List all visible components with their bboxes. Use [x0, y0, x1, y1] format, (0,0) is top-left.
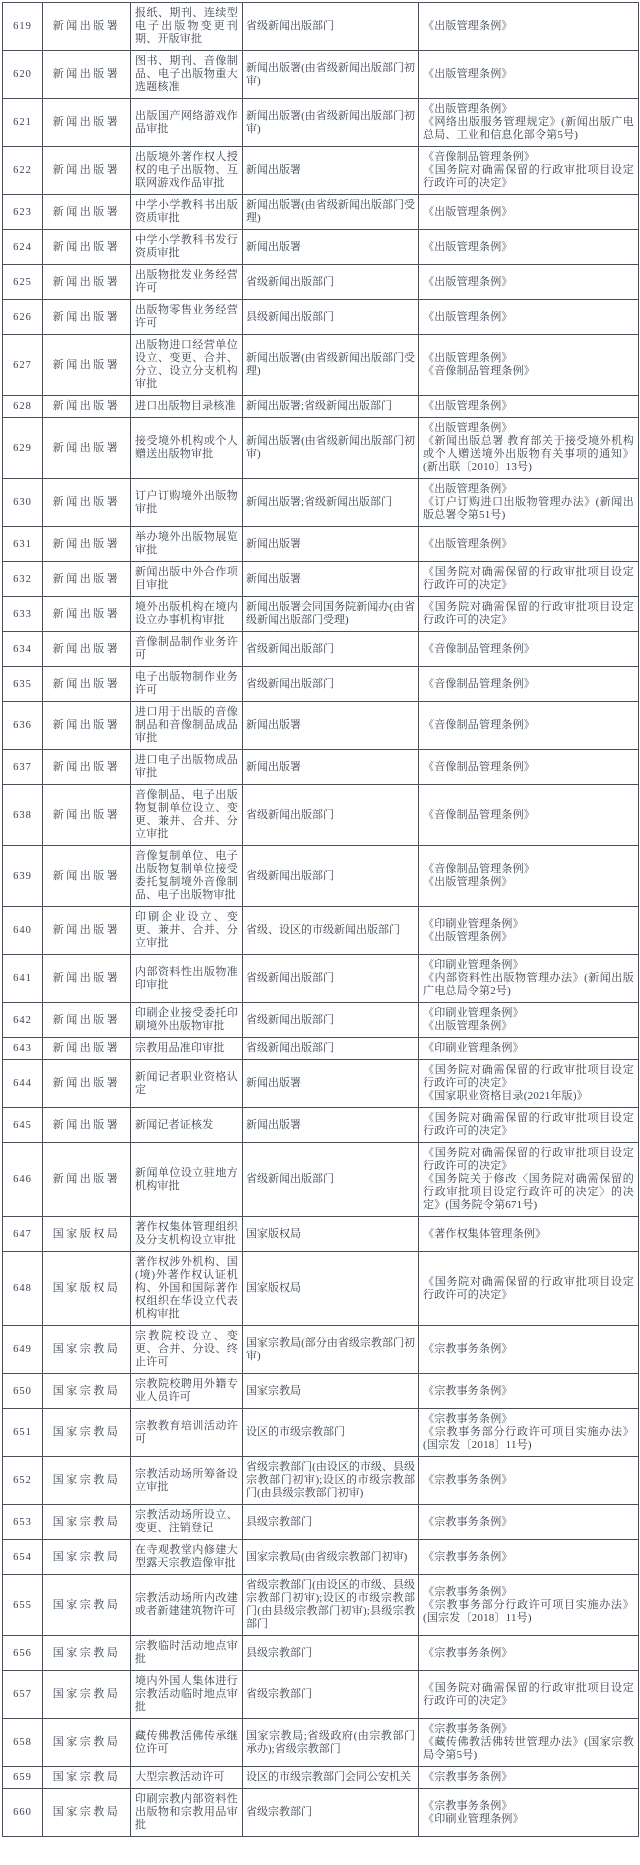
cell-legal-basis: 《国务院对确需保留的行政审批项目设定行政许可的决定》 — [419, 1108, 639, 1143]
cell-implementing-authority: 新闻出版署(由省级新闻出版部门受理) — [243, 195, 419, 230]
legal-basis-entry: 《出版管理条例》 — [423, 931, 634, 944]
cell-seq-number: 620 — [3, 51, 43, 99]
cell-legal-basis: 《宗教事务条例》《藏传佛教活佛转世管理办法》(国家宗教局令第5号) — [419, 1719, 639, 1767]
cell-implementing-authority: 县级新闻出版部门 — [243, 300, 419, 335]
legal-basis-entry: 《出版管理条例》 — [423, 1020, 634, 1033]
cell-implementing-authority: 设区的市级宗教部门会同公安机关 — [243, 1767, 419, 1789]
legal-basis-entry: 《藏传佛教活佛转世管理办法》(国家宗教局令第5号) — [423, 1736, 634, 1762]
cell-implementing-authority: 设区的市级宗教部门 — [243, 1409, 419, 1457]
legal-basis-entry: 《国务院对确需保留的行政审批项目设定行政许可的决定》 — [423, 1276, 634, 1302]
table-row: 639新闻出版署音像复制单位、电子出版物复制单位接受委托复制境外音像制品、电子出… — [3, 846, 639, 907]
table-row: 628新闻出版署进口出版物目录核准新闻出版署;省级新闻出版部门《出版管理条例》 — [3, 396, 639, 418]
legal-basis-entry: 《宗教事务条例》 — [423, 1516, 634, 1529]
document-page: 619新闻出版署报纸、期刊、连续型电子出版物变更刊期、开版审批省级新闻出版部门《… — [0, 0, 640, 1839]
table-row: 638新闻出版署音像制品、电子出版物复制单位设立、变更、兼并、合并、分立审批省级… — [3, 785, 639, 846]
cell-item-name: 订户订购境外出版物审批 — [131, 479, 243, 527]
cell-department: 新闻出版署 — [43, 230, 131, 265]
cell-item-name: 在寺观教堂内修建大型露天宗教造像审批 — [131, 1540, 243, 1575]
legal-basis-entry: 《印刷业管理条例》 — [423, 918, 634, 931]
cell-item-name: 大型宗教活动许可 — [131, 1767, 243, 1789]
cell-department: 国家宗教局 — [43, 1326, 131, 1374]
legal-basis-entry: 《宗教事务条例》 — [423, 1723, 634, 1736]
cell-implementing-authority: 新闻出版署(由省级新闻出版部门初审) — [243, 418, 419, 479]
cell-department: 新闻出版署 — [43, 562, 131, 597]
cell-department: 新闻出版署 — [43, 955, 131, 1003]
cell-seq-number: 649 — [3, 1326, 43, 1374]
cell-legal-basis: 《音像制品管理条例》 — [419, 750, 639, 785]
legal-basis-entry: 《宗教事务部分行政许可项目实施办法》(国宗发〔2018〕11号) — [423, 1426, 634, 1452]
cell-department: 新闻出版署 — [43, 396, 131, 418]
table-row: 659国家宗教局大型宗教活动许可设区的市级宗教部门会同公安机关《宗教事务条例》 — [3, 1767, 639, 1789]
cell-seq-number: 642 — [3, 1003, 43, 1038]
legal-basis-entry: 《宗教事务条例》 — [423, 1586, 634, 1599]
cell-legal-basis: 《国务院对确需保留的行政审批项目设定行政许可的决定》 — [419, 597, 639, 632]
table-row: 655国家宗教局宗教活动场所内改建或者新建建筑物许可省级宗教部门(由设区的市级、… — [3, 1575, 639, 1636]
table-row: 646新闻出版署新闻单位设立驻地方机构审批省级新闻出版部门《国务院对确需保留的行… — [3, 1143, 639, 1217]
cell-legal-basis: 《出版管理条例》 — [419, 527, 639, 562]
cell-seq-number: 623 — [3, 195, 43, 230]
cell-item-name: 印刷宗教内部资料性出版物和宗教用品审批 — [131, 1789, 243, 1837]
cell-department: 新闻出版署 — [43, 1003, 131, 1038]
legal-basis-entry: 《宗教事务条例》 — [423, 1800, 634, 1813]
legal-basis-entry: 《出版管理条例》 — [423, 400, 634, 413]
cell-legal-basis: 《宗教事务条例》《宗教事务部分行政许可项目实施办法》(国宗发〔2018〕11号) — [419, 1409, 639, 1457]
cell-legal-basis: 《音像制品管理条例》《出版管理条例》 — [419, 846, 639, 907]
cell-legal-basis: 《出版管理条例》 — [419, 300, 639, 335]
cell-seq-number: 644 — [3, 1060, 43, 1108]
cell-item-name: 出版国产网络游戏作品审批 — [131, 99, 243, 147]
cell-legal-basis: 《出版管理条例》 — [419, 195, 639, 230]
cell-legal-basis: 《音像制品管理条例》 — [419, 702, 639, 750]
cell-item-name: 图书、期刊、音像制品、电子出版物重大选题核准 — [131, 51, 243, 99]
cell-department: 新闻出版署 — [43, 1060, 131, 1108]
legal-basis-entry: 《出版管理条例》 — [423, 422, 634, 435]
cell-legal-basis: 《著作权集体管理条例》 — [419, 1217, 639, 1252]
cell-legal-basis: 《宗教事务条例》 — [419, 1457, 639, 1505]
cell-seq-number: 647 — [3, 1217, 43, 1252]
cell-implementing-authority: 国家宗教局 — [243, 1374, 419, 1409]
cell-department: 新闻出版署 — [43, 632, 131, 667]
cell-legal-basis: 《出版管理条例》 — [419, 396, 639, 418]
cell-legal-basis: 《音像制品管理条例》 — [419, 667, 639, 702]
cell-legal-basis: 《印刷业管理条例》《内部资料性出版物管理办法》(新闻出版广电总局令第2号) — [419, 955, 639, 1003]
cell-legal-basis: 《宗教事务条例》 — [419, 1374, 639, 1409]
cell-legal-basis: 《印刷业管理条例》《出版管理条例》 — [419, 1003, 639, 1038]
legal-basis-entry: 《宗教事务条例》 — [423, 1413, 634, 1426]
cell-implementing-authority: 国家宗教局(部分由省级宗教部门初审) — [243, 1326, 419, 1374]
table-row: 623新闻出版署中学小学教科书出版资质审批新闻出版署(由省级新闻出版部门受理)《… — [3, 195, 639, 230]
legal-basis-entry: 《订户订购进口出版物管理办法》(新闻出版总署令第51号) — [423, 496, 634, 522]
cell-legal-basis: 《宗教事务条例》 — [419, 1540, 639, 1575]
cell-legal-basis: 《宗教事务条例》《宗教事务部分行政许可项目实施办法》(国宗发〔2018〕11号) — [419, 1575, 639, 1636]
cell-legal-basis: 《音像制品管理条例》 — [419, 785, 639, 846]
table-row: 654国家宗教局在寺观教堂内修建大型露天宗教造像审批国家宗教局(由省级宗教部门初… — [3, 1540, 639, 1575]
legal-basis-entry: 《国务院对确需保留的行政审批项目设定行政许可的决定》 — [423, 1112, 634, 1138]
legal-basis-entry: 《宗教事务条例》 — [423, 1385, 634, 1398]
cell-item-name: 印刷企业设立、变更、兼并、合并、分立审批 — [131, 907, 243, 955]
cell-implementing-authority: 新闻出版署 — [243, 750, 419, 785]
table-row: 658国家宗教局藏传佛教活佛传承继位许可国家宗教局;省级政府(由宗教部门承办);… — [3, 1719, 639, 1767]
cell-item-name: 印刷企业接受委托印刷境外出版物审批 — [131, 1003, 243, 1038]
table-row: 652国家宗教局宗教活动场所筹备设立审批省级宗教部门(由设区的市级、县级宗教部门… — [3, 1457, 639, 1505]
legal-basis-entry: 《音像制品管理条例》 — [423, 863, 634, 876]
cell-department: 新闻出版署 — [43, 1038, 131, 1060]
legal-basis-entry: 《国务院对确需保留的行政审批项目设定行政许可的决定》 — [423, 1682, 634, 1708]
cell-department: 新闻出版署 — [43, 667, 131, 702]
legal-basis-entry: 《出版管理条例》 — [423, 483, 634, 496]
cell-seq-number: 641 — [3, 955, 43, 1003]
cell-item-name: 进口出版物目录核准 — [131, 396, 243, 418]
table-row: 627新闻出版署出版物进口经营单位设立、变更、合并、分立、设立分支机构审批新闻出… — [3, 335, 639, 396]
cell-seq-number: 627 — [3, 335, 43, 396]
table-row: 657国家宗教局境内外国人集体进行宗教活动临时地点审批省级宗教部门《国务院对确需… — [3, 1671, 639, 1719]
cell-implementing-authority: 新闻出版署 — [243, 230, 419, 265]
table-row: 648国家版权局著作权涉外机构、国(境)外著作权认证机构、外国和国际著作权组织在… — [3, 1252, 639, 1326]
cell-item-name: 新闻单位设立驻地方机构审批 — [131, 1143, 243, 1217]
cell-item-name: 新闻出版中外合作项目审批 — [131, 562, 243, 597]
legal-basis-entry: 《新闻出版总署 教育部关于接受境外机构或个人赠送境外出版物有关事项的通知》(新出… — [423, 435, 634, 474]
cell-implementing-authority: 省级新闻出版部门 — [243, 785, 419, 846]
cell-legal-basis: 《出版管理条例》《音像制品管理条例》 — [419, 335, 639, 396]
cell-department: 新闻出版署 — [43, 750, 131, 785]
cell-implementing-authority: 国家宗教局(由省级宗教部门初审) — [243, 1540, 419, 1575]
cell-implementing-authority: 新闻出版署 — [243, 527, 419, 562]
cell-item-name: 进口电子出版物成品审批 — [131, 750, 243, 785]
cell-department: 新闻出版署 — [43, 99, 131, 147]
cell-seq-number: 629 — [3, 418, 43, 479]
cell-seq-number: 658 — [3, 1719, 43, 1767]
cell-implementing-authority: 新闻出版署 — [243, 1060, 419, 1108]
cell-implementing-authority: 新闻出版署会同国务院新闻办(由省级新闻出版部门受理) — [243, 597, 419, 632]
cell-seq-number: 646 — [3, 1143, 43, 1217]
cell-seq-number: 643 — [3, 1038, 43, 1060]
cell-department: 新闻出版署 — [43, 51, 131, 99]
legal-basis-entry: 《印刷业管理条例》 — [423, 1042, 634, 1055]
cell-item-name: 中学小学教科书出版资质审批 — [131, 195, 243, 230]
cell-seq-number: 622 — [3, 147, 43, 195]
table-row: 643新闻出版署宗教用品准印审批省级新闻出版部门《印刷业管理条例》 — [3, 1038, 639, 1060]
cell-department: 国家宗教局 — [43, 1457, 131, 1505]
cell-item-name: 内部资料性出版物准印审批 — [131, 955, 243, 1003]
table-row: 649国家宗教局宗教院校设立、变更、合并、分设、终止许可国家宗教局(部分由省级宗… — [3, 1326, 639, 1374]
cell-item-name: 宗教院校聘用外籍专业人员许可 — [131, 1374, 243, 1409]
cell-seq-number: 630 — [3, 479, 43, 527]
cell-department: 国家宗教局 — [43, 1575, 131, 1636]
cell-item-name: 音像制品、电子出版物复制单位设立、变更、兼并、合并、分立审批 — [131, 785, 243, 846]
cell-implementing-authority: 省级新闻出版部门 — [243, 1038, 419, 1060]
legal-basis-entry: 《音像制品管理条例》 — [423, 719, 634, 732]
cell-legal-basis: 《音像制品管理条例》《国务院对确需保留的行政审批项目设定行政许可的决定》 — [419, 147, 639, 195]
cell-legal-basis: 《宗教事务条例》 — [419, 1505, 639, 1540]
legal-basis-entry: 《国务院对确需保留的行政审批项目设定行政许可的决定》 — [423, 566, 634, 592]
table-row: 650国家宗教局宗教院校聘用外籍专业人员许可国家宗教局《宗教事务条例》 — [3, 1374, 639, 1409]
cell-seq-number: 657 — [3, 1671, 43, 1719]
table-row: 631新闻出版署举办境外出版物展览审批新闻出版署《出版管理条例》 — [3, 527, 639, 562]
cell-implementing-authority: 新闻出版署;省级新闻出版部门 — [243, 479, 419, 527]
legal-basis-entry: 《国务院对确需保留的行政审批项目设定行政许可的决定》 — [423, 1147, 634, 1173]
cell-legal-basis: 《印刷业管理条例》 — [419, 1038, 639, 1060]
legal-basis-entry: 《宗教事务条例》 — [423, 1343, 634, 1356]
cell-item-name: 著作权集体管理组织及分支机构设立审批 — [131, 1217, 243, 1252]
cell-seq-number: 651 — [3, 1409, 43, 1457]
cell-legal-basis: 《国务院对确需保留的行政审批项目设定行政许可的决定》《国务院关于修改〈国务院对确… — [419, 1143, 639, 1217]
cell-seq-number: 637 — [3, 750, 43, 785]
legal-basis-entry: 《印刷业管理条例》 — [423, 1007, 634, 1020]
cell-implementing-authority: 省级宗教部门 — [243, 1789, 419, 1837]
cell-item-name: 进口用于出版的音像制品和音像制品成品审批 — [131, 702, 243, 750]
cell-implementing-authority: 省级新闻出版部门 — [243, 667, 419, 702]
cell-implementing-authority: 县级宗教部门 — [243, 1505, 419, 1540]
legal-basis-entry: 《宗教事务条例》 — [423, 1647, 634, 1660]
cell-implementing-authority: 省级新闻出版部门 — [243, 3, 419, 51]
cell-item-name: 新闻记者证核发 — [131, 1108, 243, 1143]
cell-seq-number: 656 — [3, 1636, 43, 1671]
legal-basis-entry: 《国务院对确需保留的行政审批项目设定行政许可的决定》 — [423, 1064, 634, 1090]
table-row: 625新闻出版署出版物批发业务经营许可省级新闻出版部门《出版管理条例》 — [3, 265, 639, 300]
cell-item-name: 宗教教育培训活动许可 — [131, 1409, 243, 1457]
cell-seq-number: 659 — [3, 1767, 43, 1789]
cell-seq-number: 660 — [3, 1789, 43, 1837]
cell-implementing-authority: 省级新闻出版部门 — [243, 265, 419, 300]
cell-item-name: 电子出版物制作业务许可 — [131, 667, 243, 702]
legal-basis-entry: 《国务院关于修改〈国务院对确需保留的行政审批项目设定行政许可的决定〉的决定》(国… — [423, 1173, 634, 1212]
cell-legal-basis: 《宗教事务条例》 — [419, 1326, 639, 1374]
cell-item-name: 境外出版机构在境内设立办事机构审批 — [131, 597, 243, 632]
cell-legal-basis: 《出版管理条例》 — [419, 51, 639, 99]
cell-item-name: 著作权涉外机构、国(境)外著作权认证机构、外国和国际著作权组织在华设立代表机构审… — [131, 1252, 243, 1326]
legal-basis-entry: 《出版管理条例》 — [423, 241, 634, 254]
legal-basis-entry: 《音像制品管理条例》 — [423, 643, 634, 656]
table-row: 636新闻出版署进口用于出版的音像制品和音像制品成品审批新闻出版署《音像制品管理… — [3, 702, 639, 750]
table-row: 644新闻出版署新闻记者职业资格认定新闻出版署《国务院对确需保留的行政审批项目设… — [3, 1060, 639, 1108]
cell-seq-number: 626 — [3, 300, 43, 335]
table-row: 651国家宗教局宗教教育培训活动许可设区的市级宗教部门《宗教事务条例》《宗教事务… — [3, 1409, 639, 1457]
legal-basis-entry: 《出版管理条例》 — [423, 352, 634, 365]
cell-implementing-authority: 新闻出版署 — [243, 562, 419, 597]
cell-item-name: 新闻记者职业资格认定 — [131, 1060, 243, 1108]
table-row: 630新闻出版署订户订购境外出版物审批新闻出版署;省级新闻出版部门《出版管理条例… — [3, 479, 639, 527]
cell-item-name: 音像复制单位、电子出版物复制单位接受委托复制境外音像制品、电子出版物审批 — [131, 846, 243, 907]
cell-legal-basis: 《出版管理条例》 — [419, 265, 639, 300]
cell-seq-number: 631 — [3, 527, 43, 562]
cell-seq-number: 636 — [3, 702, 43, 750]
cell-department: 国家宗教局 — [43, 1540, 131, 1575]
cell-item-name: 宗教院校设立、变更、合并、分设、终止许可 — [131, 1326, 243, 1374]
cell-implementing-authority: 新闻出版署(由省级新闻出版部门初审) — [243, 99, 419, 147]
table-row: 629新闻出版署接受境外机构或个人赠送出版物审批新闻出版署(由省级新闻出版部门初… — [3, 418, 639, 479]
legal-basis-entry: 《内部资料性出版物管理办法》(新闻出版广电总局令第2号) — [423, 972, 634, 998]
table-row: 647国家版权局著作权集体管理组织及分支机构设立审批国家版权局《著作权集体管理条… — [3, 1217, 639, 1252]
cell-legal-basis: 《出版管理条例》《新闻出版总署 教育部关于接受境外机构或个人赠送境外出版物有关事… — [419, 418, 639, 479]
table-row: 635新闻出版署电子出版物制作业务许可省级新闻出版部门《音像制品管理条例》 — [3, 667, 639, 702]
cell-seq-number: 652 — [3, 1457, 43, 1505]
cell-implementing-authority: 县级宗教部门 — [243, 1636, 419, 1671]
cell-item-name: 报纸、期刊、连续型电子出版物变更刊期、开版审批 — [131, 3, 243, 51]
cell-seq-number: 655 — [3, 1575, 43, 1636]
cell-legal-basis: 《出版管理条例》《订户订购进口出版物管理办法》(新闻出版总署令第51号) — [419, 479, 639, 527]
cell-department: 新闻出版署 — [43, 1108, 131, 1143]
legal-basis-entry: 《国务院对确需保留的行政审批项目设定行政许可的决定》 — [423, 164, 634, 190]
cell-item-name: 宗教活动场所筹备设立审批 — [131, 1457, 243, 1505]
cell-item-name: 出版物进口经营单位设立、变更、合并、分立、设立分支机构审批 — [131, 335, 243, 396]
cell-item-name: 中学小学教科书发行资质审批 — [131, 230, 243, 265]
table-row: 626新闻出版署出版物零售业务经营许可县级新闻出版部门《出版管理条例》 — [3, 300, 639, 335]
cell-legal-basis: 《宗教事务条例》 — [419, 1767, 639, 1789]
cell-legal-basis: 《印刷业管理条例》《出版管理条例》 — [419, 907, 639, 955]
legal-basis-entry: 《出版管理条例》 — [423, 68, 634, 81]
cell-department: 新闻出版署 — [43, 907, 131, 955]
table-row: 620新闻出版署图书、期刊、音像制品、电子出版物重大选题核准新闻出版署(由省级新… — [3, 51, 639, 99]
cell-item-name: 宗教临时活动地点审批 — [131, 1636, 243, 1671]
cell-seq-number: 628 — [3, 396, 43, 418]
cell-department: 国家宗教局 — [43, 1789, 131, 1837]
legal-basis-entry: 《出版管理条例》 — [423, 276, 634, 289]
table-row: 633新闻出版署境外出版机构在境内设立办事机构审批新闻出版署会同国务院新闻办(由… — [3, 597, 639, 632]
cell-seq-number: 645 — [3, 1108, 43, 1143]
cell-seq-number: 639 — [3, 846, 43, 907]
cell-seq-number: 635 — [3, 667, 43, 702]
table-body: 619新闻出版署报纸、期刊、连续型电子出版物变更刊期、开版审批省级新闻出版部门《… — [3, 3, 639, 1837]
legal-basis-entry: 《音像制品管理条例》 — [423, 151, 634, 164]
table-row: 619新闻出版署报纸、期刊、连续型电子出版物变更刊期、开版审批省级新闻出版部门《… — [3, 3, 639, 51]
legal-basis-entry: 《出版管理条例》 — [423, 206, 634, 219]
cell-implementing-authority: 国家版权局 — [243, 1252, 419, 1326]
cell-seq-number: 654 — [3, 1540, 43, 1575]
cell-item-name: 接受境外机构或个人赠送出版物审批 — [131, 418, 243, 479]
cell-implementing-authority: 省级宗教部门(由设区的市级、县级宗教部门初审);设区的市级宗教部门(由县级宗教部… — [243, 1575, 419, 1636]
legal-basis-entry: 《宗教事务条例》 — [423, 1771, 634, 1784]
table-row: 624新闻出版署中学小学教科书发行资质审批新闻出版署《出版管理条例》 — [3, 230, 639, 265]
legal-basis-entry: 《音像制品管理条例》 — [423, 365, 634, 378]
cell-implementing-authority: 新闻出版署;省级新闻出版部门 — [243, 396, 419, 418]
table-row: 640新闻出版署印刷企业设立、变更、兼并、合并、分立审批省级、设区的市级新闻出版… — [3, 907, 639, 955]
table-row: 660国家宗教局印刷宗教内部资料性出版物和宗教用品审批省级宗教部门《宗教事务条例… — [3, 1789, 639, 1837]
cell-seq-number: 625 — [3, 265, 43, 300]
cell-department: 新闻出版署 — [43, 702, 131, 750]
cell-department: 国家宗教局 — [43, 1671, 131, 1719]
cell-implementing-authority: 省级宗教部门 — [243, 1671, 419, 1719]
legal-basis-entry: 《网络出版服务管理规定》(新闻出版广电总局、工业和信息化部令第5号) — [423, 116, 634, 142]
cell-item-name: 出版境外著作权人授权的电子出版物、互联网游戏作品审批 — [131, 147, 243, 195]
legal-basis-entry: 《印刷业管理条例》 — [423, 1813, 634, 1826]
cell-item-name: 举办境外出版物展览审批 — [131, 527, 243, 562]
cell-seq-number: 619 — [3, 3, 43, 51]
cell-item-name: 出版物零售业务经营许可 — [131, 300, 243, 335]
cell-seq-number: 640 — [3, 907, 43, 955]
cell-department: 国家宗教局 — [43, 1409, 131, 1457]
legal-basis-entry: 《宗教事务部分行政许可项目实施办法》(国宗发〔2018〕11号) — [423, 1599, 634, 1625]
approval-items-table: 619新闻出版署报纸、期刊、连续型电子出版物变更刊期、开版审批省级新闻出版部门《… — [2, 2, 639, 1837]
cell-legal-basis: 《国务院对确需保留的行政审批项目设定行政许可的决定》 — [419, 562, 639, 597]
cell-legal-basis: 《国务院对确需保留的行政审批项目设定行政许可的决定》《国家职业资格目录(2021… — [419, 1060, 639, 1108]
cell-item-name: 宗教用品准印审批 — [131, 1038, 243, 1060]
table-row: 622新闻出版署出版境外著作权人授权的电子出版物、互联网游戏作品审批新闻出版署《… — [3, 147, 639, 195]
legal-basis-entry: 《宗教事务条例》 — [423, 1474, 634, 1487]
cell-item-name: 藏传佛教活佛传承继位许可 — [131, 1719, 243, 1767]
cell-department: 国家宗教局 — [43, 1719, 131, 1767]
cell-implementing-authority: 省级新闻出版部门 — [243, 846, 419, 907]
cell-implementing-authority: 国家宗教局;省级政府(由宗教部门承办);省级宗教部门 — [243, 1719, 419, 1767]
cell-implementing-authority: 省级新闻出版部门 — [243, 955, 419, 1003]
cell-seq-number: 624 — [3, 230, 43, 265]
cell-implementing-authority: 新闻出版署 — [243, 147, 419, 195]
cell-seq-number: 638 — [3, 785, 43, 846]
legal-basis-entry: 《国家职业资格目录(2021年版)》 — [423, 1090, 634, 1103]
cell-seq-number: 653 — [3, 1505, 43, 1540]
cell-department: 国家版权局 — [43, 1217, 131, 1252]
cell-seq-number: 650 — [3, 1374, 43, 1409]
cell-department: 国家宗教局 — [43, 1636, 131, 1671]
cell-implementing-authority: 省级宗教部门(由设区的市级、县级宗教部门初审);设区的市级宗教部门(由县级宗教部… — [243, 1457, 419, 1505]
table-row: 637新闻出版署进口电子出版物成品审批新闻出版署《音像制品管理条例》 — [3, 750, 639, 785]
cell-item-name: 宗教活动场所设立、变更、注销登记 — [131, 1505, 243, 1540]
legal-basis-entry: 《出版管理条例》 — [423, 311, 634, 324]
cell-department: 新闻出版署 — [43, 597, 131, 632]
cell-item-name: 境内外国人集体进行宗教活动临时地点审批 — [131, 1671, 243, 1719]
table-row: 632新闻出版署新闻出版中外合作项目审批新闻出版署《国务院对确需保留的行政审批项… — [3, 562, 639, 597]
cell-department: 新闻出版署 — [43, 195, 131, 230]
legal-basis-entry: 《音像制品管理条例》 — [423, 761, 634, 774]
cell-implementing-authority: 新闻出版署(由省级新闻出版部门受理) — [243, 335, 419, 396]
cell-seq-number: 634 — [3, 632, 43, 667]
cell-implementing-authority: 新闻出版署 — [243, 1108, 419, 1143]
cell-legal-basis: 《国务院对确需保留的行政审批项目设定行政许可的决定》 — [419, 1252, 639, 1326]
cell-item-name: 音像制品制作业务许可 — [131, 632, 243, 667]
legal-basis-entry: 《宗教事务条例》 — [423, 1551, 634, 1564]
table-row: 634新闻出版署音像制品制作业务许可省级新闻出版部门《音像制品管理条例》 — [3, 632, 639, 667]
cell-implementing-authority: 省级、设区的市级新闻出版部门 — [243, 907, 419, 955]
cell-implementing-authority: 省级新闻出版部门 — [243, 1003, 419, 1038]
legal-basis-entry: 《出版管理条例》 — [423, 20, 634, 33]
cell-department: 国家宗教局 — [43, 1767, 131, 1789]
cell-legal-basis: 《宗教事务条例》 — [419, 1636, 639, 1671]
cell-seq-number: 621 — [3, 99, 43, 147]
table-row: 656国家宗教局宗教临时活动地点审批县级宗教部门《宗教事务条例》 — [3, 1636, 639, 1671]
cell-legal-basis: 《出版管理条例》《网络出版服务管理规定》(新闻出版广电总局、工业和信息化部令第5… — [419, 99, 639, 147]
cell-department: 新闻出版署 — [43, 846, 131, 907]
cell-department: 新闻出版署 — [43, 785, 131, 846]
legal-basis-entry: 《出版管理条例》 — [423, 103, 634, 116]
cell-implementing-authority: 新闻出版署(由省级新闻出版部门初审) — [243, 51, 419, 99]
cell-legal-basis: 《宗教事务条例》《印刷业管理条例》 — [419, 1789, 639, 1837]
cell-legal-basis: 《国务院对确需保留的行政审批项目设定行政许可的决定》 — [419, 1671, 639, 1719]
cell-item-name: 宗教活动场所内改建或者新建建筑物许可 — [131, 1575, 243, 1636]
cell-legal-basis: 《音像制品管理条例》 — [419, 632, 639, 667]
cell-seq-number: 633 — [3, 597, 43, 632]
cell-department: 新闻出版署 — [43, 527, 131, 562]
legal-basis-entry: 《出版管理条例》 — [423, 876, 634, 889]
legal-basis-entry: 《音像制品管理条例》 — [423, 809, 634, 822]
cell-department: 新闻出版署 — [43, 335, 131, 396]
legal-basis-entry: 《国务院对确需保留的行政审批项目设定行政许可的决定》 — [423, 601, 634, 627]
legal-basis-entry: 《出版管理条例》 — [423, 538, 634, 551]
cell-department: 国家宗教局 — [43, 1374, 131, 1409]
cell-item-name: 出版物批发业务经营许可 — [131, 265, 243, 300]
cell-seq-number: 648 — [3, 1252, 43, 1326]
cell-department: 新闻出版署 — [43, 418, 131, 479]
cell-department: 国家宗教局 — [43, 1505, 131, 1540]
cell-implementing-authority: 国家版权局 — [243, 1217, 419, 1252]
legal-basis-entry: 《音像制品管理条例》 — [423, 678, 634, 691]
cell-legal-basis: 《出版管理条例》 — [419, 3, 639, 51]
table-row: 642新闻出版署印刷企业接受委托印刷境外出版物审批省级新闻出版部门《印刷业管理条… — [3, 1003, 639, 1038]
cell-department: 新闻出版署 — [43, 1143, 131, 1217]
legal-basis-entry: 《印刷业管理条例》 — [423, 959, 634, 972]
cell-implementing-authority: 省级新闻出版部门 — [243, 632, 419, 667]
legal-basis-entry: 《著作权集体管理条例》 — [423, 1228, 634, 1241]
cell-seq-number: 632 — [3, 562, 43, 597]
table-row: 641新闻出版署内部资料性出版物准印审批省级新闻出版部门《印刷业管理条例》《内部… — [3, 955, 639, 1003]
